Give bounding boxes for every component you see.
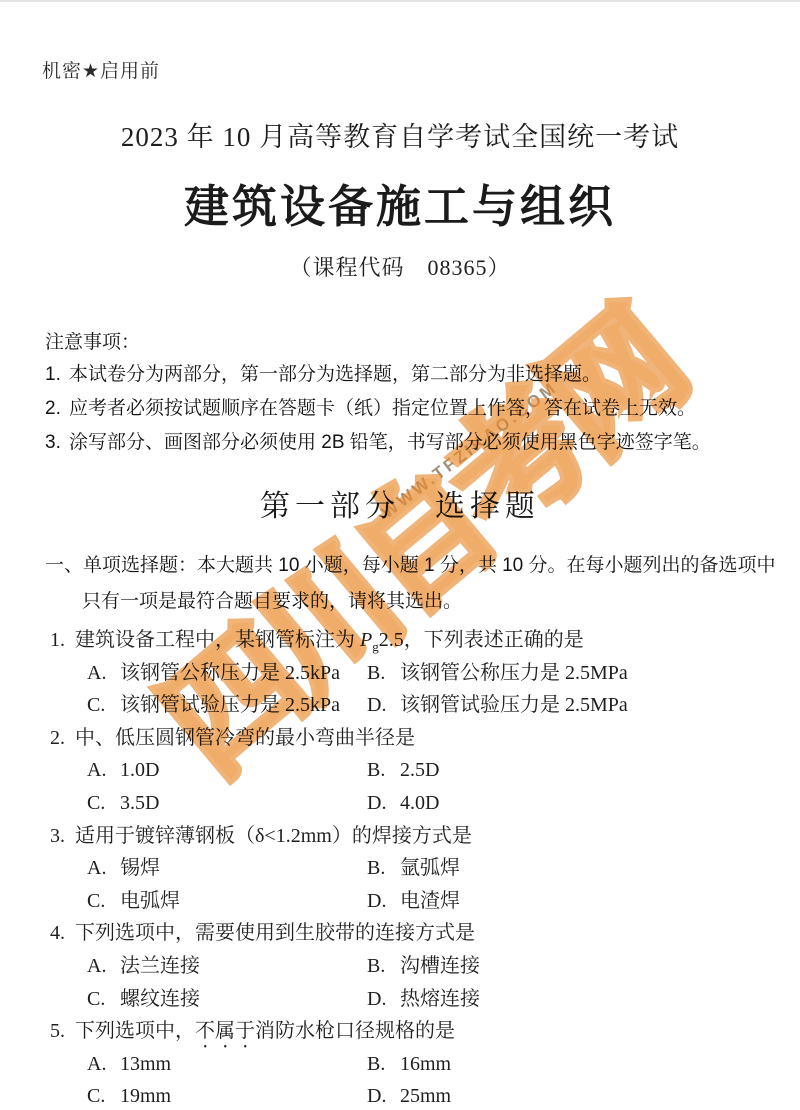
option-label: A. [87,1048,120,1081]
question-stem: 4.下列选项中，需要使用到生胶带的连接方式是 [0,917,800,950]
option-label: B. [367,950,400,983]
question-number: 1. [50,624,75,657]
option-text: 该钢管公称压力是 2.5kPa [120,662,340,684]
question-stem-text: 适用于镀锌薄钢板（δ<1.2mm）的焊接方式是 [75,825,472,847]
option-text: 电弧焊 [120,890,180,912]
question-stem-text: 下列选项中， [75,1020,195,1042]
question-stem: 5.下列选项中，不属于消防水枪口径规格的是 [0,1015,800,1048]
option: D.4.0D [367,787,647,820]
option-row: A.该钢管公称压力是 2.5kPaB.该钢管公称压力是 2.5MPa [0,657,800,690]
notice-item-text: 本试卷分为两部分，第一部分为选择题，第二部分为非选择题。 [69,364,601,385]
option-label: D. [367,787,400,820]
option: D.25mm [367,1080,647,1110]
option-text: 25mm [400,1085,451,1107]
classification-label: 机密★启用前 [42,56,160,83]
option-row: A.法兰连接B.沟槽连接 [0,950,800,983]
option-label: C. [87,885,120,918]
option: D.该钢管试验压力是 2.5MPa [367,689,647,722]
exam-session-title: 2023 年 10 月高等教育自学考试全国统一考试 [0,115,800,154]
option-label: D. [367,689,400,722]
option-row: A.13mmB.16mm [0,1048,800,1081]
option-row: A.1.0DB.2.5D [0,754,800,787]
option-label: C. [87,1080,120,1110]
notice-item-text: 应考者必须按试题顺序在答题卡（纸）指定位置上作答，答在试卷上无效。 [69,398,696,419]
option: C.电弧焊 [87,885,367,918]
notice-item: 2.应考者必须按试题顺序在答题卡（纸）指定位置上作答，答在试卷上无效。 [45,392,711,426]
option-text: 法兰连接 [120,955,200,977]
question-stem-text: 建筑设备工程中，某钢管标注为 [75,629,360,651]
question-block: 4.下列选项中，需要使用到生胶带的连接方式是 A.法兰连接B.沟槽连接 C.螺纹… [0,917,800,1015]
option-text: 16mm [400,1053,451,1075]
option-row: A.锡焊B.氩弧焊 [0,852,800,885]
option: A.1.0D [87,754,367,787]
question-stem-emphasized: 不属于 [195,1020,255,1042]
question-block: 3.适用于镀锌薄钢板（δ<1.2mm）的焊接方式是 A.锡焊B.氩弧焊 C.电弧… [0,820,800,918]
option: B.16mm [367,1048,647,1081]
option-label: B. [367,852,400,885]
option: D.电渣焊 [367,885,647,918]
option-label: B. [367,754,400,787]
option-text: 3.5D [120,792,159,814]
option: C.19mm [87,1080,367,1110]
question-stem-text: 中、低压圆钢管冷弯的最小弯曲半径是 [75,727,415,749]
notice-list: 1.本试卷分为两部分，第一部分为选择题，第二部分为非选择题。 2.应考者必须按试… [45,358,711,460]
question-number: 5. [50,1015,75,1048]
option-text: 沟槽连接 [400,955,480,977]
notice-heading: 注意事项： [45,327,140,354]
option-text: 氩弧焊 [400,857,460,879]
option-text: 1.0D [120,759,159,781]
option: B.该钢管公称压力是 2.5MPa [367,657,647,690]
option: C.3.5D [87,787,367,820]
option: B.沟槽连接 [367,950,647,983]
option-text: 该钢管公称压力是 2.5MPa [400,662,628,684]
question-block: 2.中、低压圆钢管冷弯的最小弯曲半径是 A.1.0DB.2.5D C.3.5DD… [0,722,800,820]
question-number: 2. [50,722,75,755]
question-stem-text: 下列选项中，需要使用到生胶带的连接方式是 [75,922,475,944]
notice-item-number: 3. [45,426,69,460]
question-number: 4. [50,917,75,950]
option-text: 2.5D [400,759,439,781]
option-text: 该钢管试验压力是 2.5kPa [120,694,340,716]
option-label: D. [367,885,400,918]
question-block: 1.建筑设备工程中，某钢管标注为 Pg2.5，下列表述正确的是 A.该钢管公称压… [0,624,800,722]
notice-item-number: 2. [45,392,69,426]
option-text: 螺纹连接 [120,988,200,1010]
option-row: C.电弧焊D.电渣焊 [0,885,800,918]
exam-paper-page: { "header": { "classification": "机密★启用前"… [0,0,800,1110]
question-stem-text: 2.5，下列表述正确的是 [379,629,584,651]
option-label: A. [87,852,120,885]
section-heading: 第一部分 选择题 [0,481,800,525]
option: D.热熔连接 [367,983,647,1016]
option-text: 4.0D [400,792,439,814]
option: A.法兰连接 [87,950,367,983]
option-label: B. [367,1048,400,1081]
option: A.该钢管公称压力是 2.5kPa [87,657,367,690]
option-label: C. [87,983,120,1016]
option-label: C. [87,689,120,722]
question-list: 1.建筑设备工程中，某钢管标注为 Pg2.5，下列表述正确的是 A.该钢管公称压… [0,624,800,1110]
option: A.13mm [87,1048,367,1081]
instruction-line: 一、单项选择题：本大题共 10 小题，每小题 1 分，共 10 分。在每小题列出… [45,550,776,577]
question-stem-text: 消防水枪口径规格的是 [255,1020,455,1042]
question-stem: 3.适用于镀锌薄钢板（δ<1.2mm）的焊接方式是 [0,820,800,853]
option-label: A. [87,950,120,983]
option: A.锡焊 [87,852,367,885]
option-text: 电渣焊 [400,890,460,912]
option-label: A. [87,754,120,787]
option-row: C.3.5DD.4.0D [0,787,800,820]
instruction-line: 只有一项是最符合题目要求的，请将其选出。 [82,586,462,613]
notice-item: 1.本试卷分为两部分，第一部分为选择题，第二部分为非选择题。 [45,358,711,392]
question-block: 5.下列选项中，不属于消防水枪口径规格的是 A.13mmB.16mm C.19m… [0,1015,800,1110]
option-label: D. [367,1080,400,1110]
option-text: 热熔连接 [400,988,480,1010]
notice-item-number: 1. [45,358,69,392]
option-text: 19mm [120,1085,171,1107]
option: B.2.5D [367,754,647,787]
notice-item: 3.涂写部分、画图部分必须使用 2B 铅笔，书写部分必须使用黑色字迹签字笔。 [45,426,711,460]
notice-item-text: 涂写部分、画图部分必须使用 2B 铅笔，书写部分必须使用黑色字迹签字笔。 [69,432,711,453]
option-row: C.螺纹连接D.热熔连接 [0,983,800,1016]
question-stem: 1.建筑设备工程中，某钢管标注为 Pg2.5，下列表述正确的是 [0,624,800,657]
option-label: C. [87,787,120,820]
option-text: 该钢管试验压力是 2.5MPa [400,694,628,716]
option-row: C.该钢管试验压力是 2.5kPaD.该钢管试验压力是 2.5MPa [0,689,800,722]
option: C.该钢管试验压力是 2.5kPa [87,689,367,722]
option-text: 锡焊 [120,857,160,879]
course-code: （课程代码 08365） [0,251,800,282]
question-stem-variable: P [360,629,372,651]
question-stem: 2.中、低压圆钢管冷弯的最小弯曲半径是 [0,722,800,755]
option-label: B. [367,657,400,690]
option: C.螺纹连接 [87,983,367,1016]
option-text: 13mm [120,1053,171,1075]
option-label: D. [367,983,400,1016]
option-row: C.19mmD.25mm [0,1080,800,1110]
option-label: A. [87,657,120,690]
page-title: 建筑设备施工与组织 [0,170,800,235]
option: B.氩弧焊 [367,852,647,885]
question-number: 3. [50,820,75,853]
